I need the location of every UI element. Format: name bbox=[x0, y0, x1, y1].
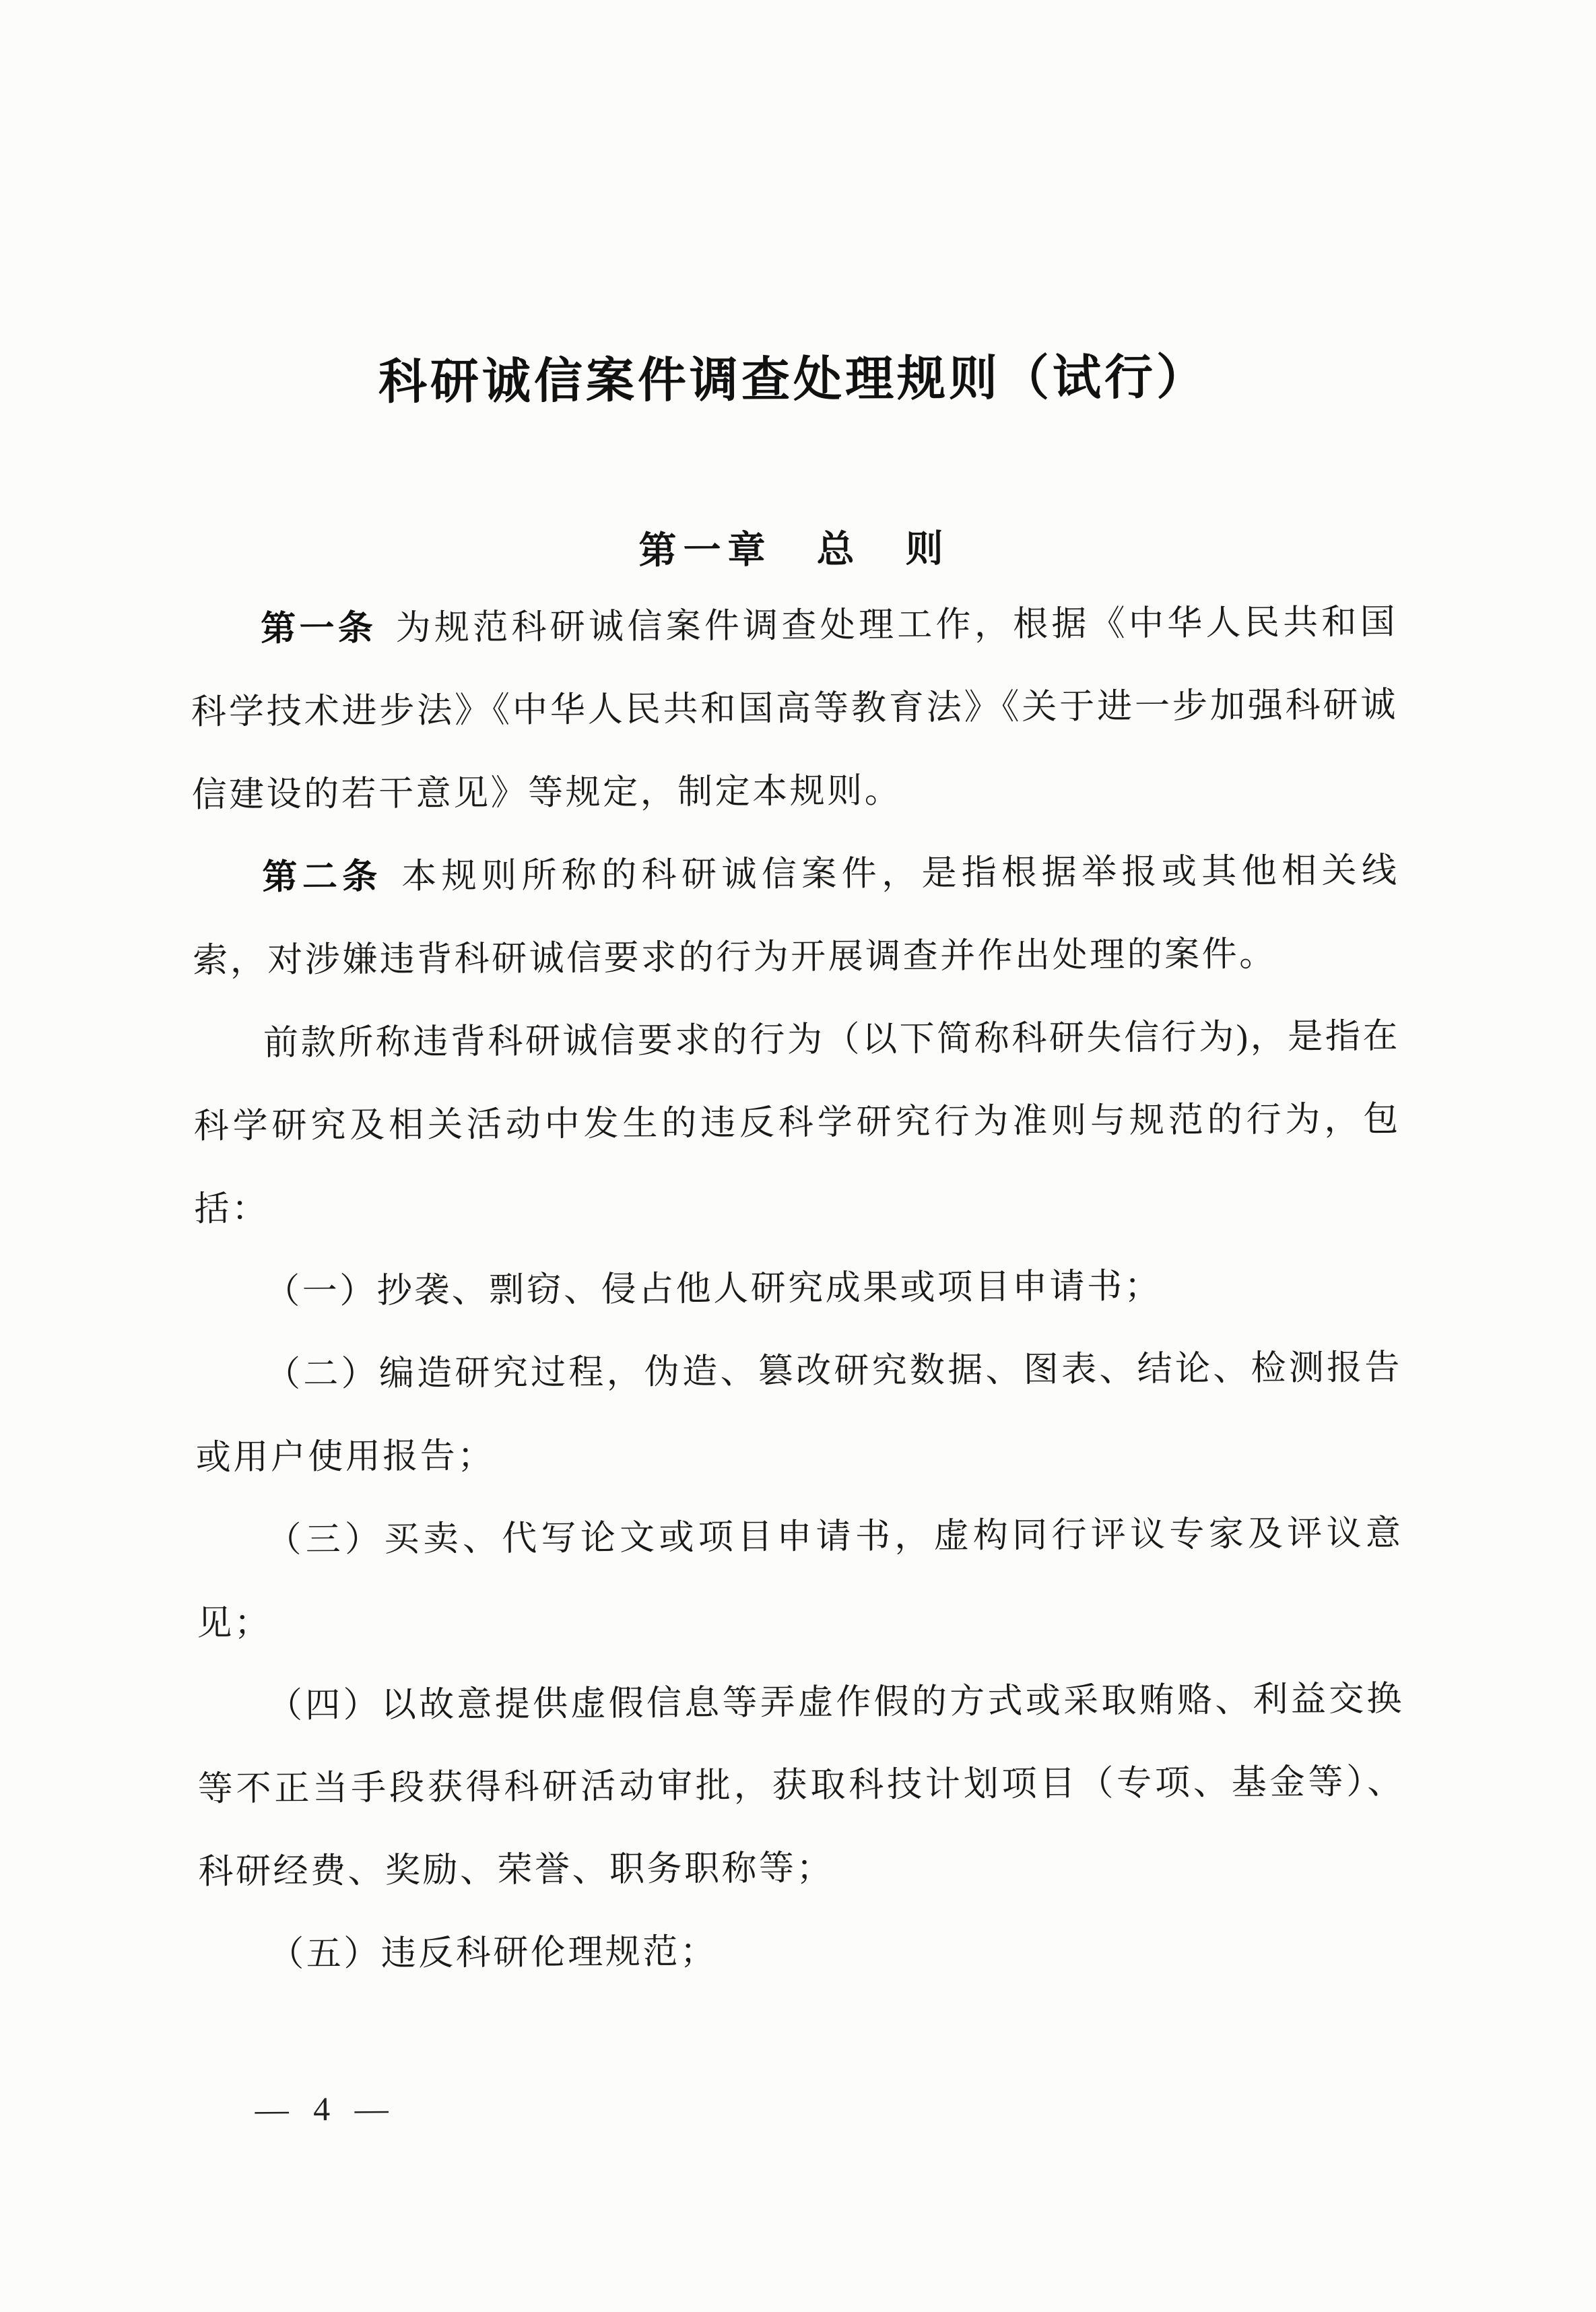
paragraph-article-2: 第二条本规则所称的科研诚信案件，是指根据举报或其他相关线索，对涉嫌违背科研诚信要… bbox=[192, 830, 1399, 1003]
paragraph-item-5: （五）违反科研伦理规范； bbox=[199, 1907, 1406, 1997]
chapter-heading: 第一章 总 则 bbox=[0, 515, 1593, 579]
article-number: 第二条 bbox=[262, 857, 383, 897]
document-body: 第一条为规范科研诚信案件调查处理工作，根据《中华人民共和国科学技术进步法》《中华… bbox=[191, 581, 1406, 1997]
document-page: 科研诚信案件调查处理规则（试行） 第一章 总 则 第一条为规范科研诚信案件调查处… bbox=[0, 0, 1596, 2312]
page-number: — 4 — bbox=[255, 2089, 396, 2129]
paragraph-text: （三）买卖、代写论文或项目申请书，虚构同行评议专家及评议意见； bbox=[197, 1515, 1403, 1643]
paragraph-text: 前款所称违背科研诚信要求的行为（以下简称科研失信行为)，是指在科学研究及相关活动… bbox=[194, 1018, 1401, 1229]
document-title: 科研诚信案件调查处理规则（试行） bbox=[0, 335, 1591, 415]
paragraph-article-1: 第一条为规范科研诚信案件调查处理工作，根据《中华人民共和国科学技术进步法》《中华… bbox=[191, 581, 1399, 837]
paragraph-definition: 前款所称违背科研诚信要求的行为（以下简称科研失信行为)，是指在科学研究及相关活动… bbox=[193, 995, 1401, 1251]
paragraph-text: （五）违反科研伦理规范； bbox=[269, 1933, 717, 1974]
paragraph-item-2: （二）编造研究过程，伪造、篡改研究数据、图表、结论、检测报告或用户使用报告； bbox=[195, 1327, 1403, 1500]
paragraph-text: （一）抄袭、剽窃、侵占他人研究成果或项目申请书； bbox=[265, 1267, 1162, 1311]
paragraph-item-1: （一）抄袭、剽窃、侵占他人研究成果或项目申请书； bbox=[195, 1244, 1402, 1334]
article-number: 第一条 bbox=[261, 609, 376, 649]
paragraph-item-3: （三）买卖、代写论文或项目申请书，虚构同行评议专家及评议意见； bbox=[196, 1492, 1403, 1665]
paragraph-item-4: （四）以故意提供虚假信息等弄虚作假的方式或采取贿赂、利益交换等不正当手段获得科研… bbox=[197, 1658, 1405, 1914]
paragraph-text: （四）以故意提供虚假信息等弄虚作假的方式或采取贿赂、利益交换等不正当手段获得科研… bbox=[198, 1680, 1405, 1892]
paragraph-text: （二）编造研究过程，伪造、篡改研究数据、图表、结论、检测报告或用户使用报告； bbox=[196, 1349, 1403, 1478]
